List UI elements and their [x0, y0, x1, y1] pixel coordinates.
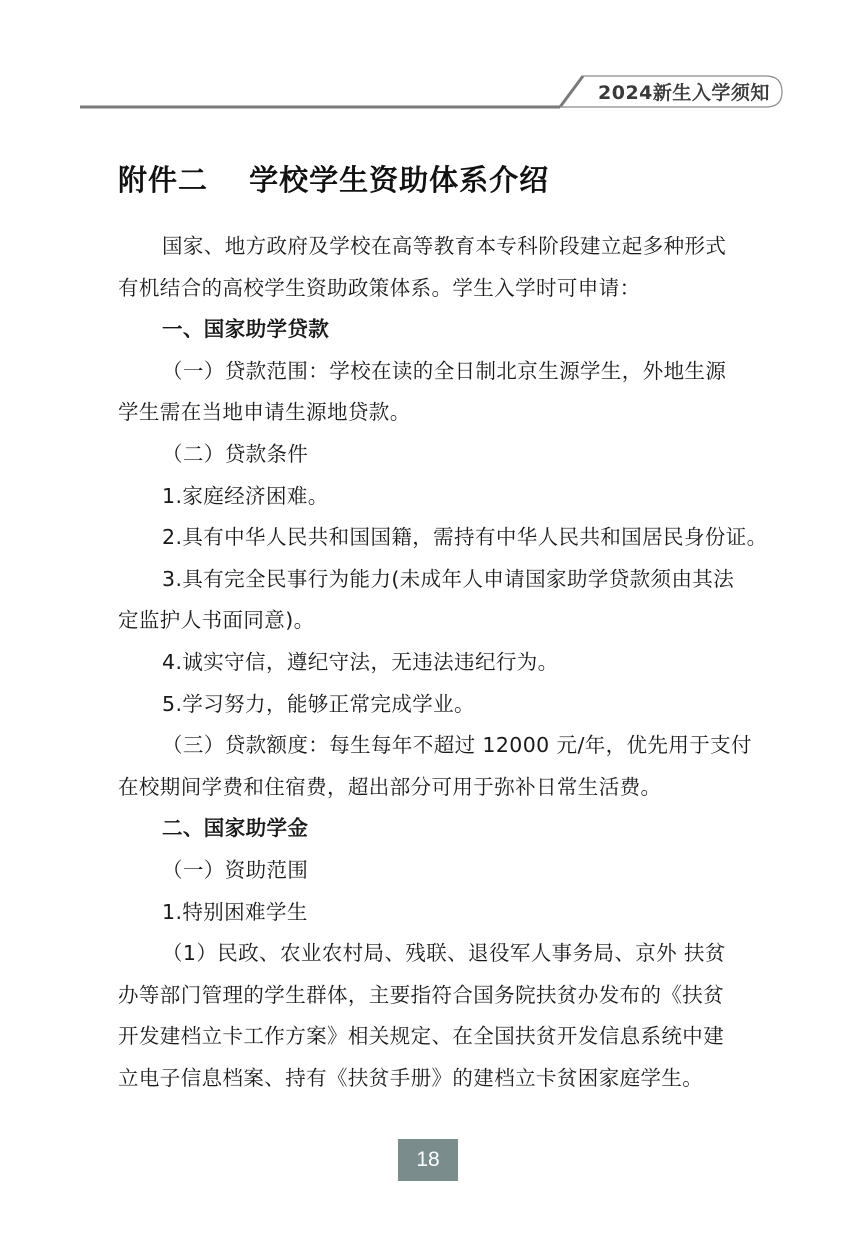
page-number-badge: 18: [398, 1139, 458, 1181]
paragraph-line: 定监护人书面同意)。: [118, 600, 758, 642]
header-title: 2024新生入学须知: [598, 78, 768, 108]
paragraph-line: 办等部门管理的学生群体，主要指符合国务院扶贫办发布的《扶贫: [118, 975, 758, 1017]
paragraph-line: （三）贷款额度：每生每年不超过 12000 元/年，优先用于支付: [118, 725, 758, 767]
paragraph-line: （一）贷款范围：学校在读的全日制北京生源学生，外地生源: [118, 351, 758, 393]
document-body: 国家、地方政府及学校在高等教育本专科阶段建立起多种形式有机结合的高校学生资助政策…: [118, 226, 758, 1099]
paragraph-line: 4.诚实守信，遵纪守法，无违法违纪行为。: [118, 642, 758, 684]
paragraph-line: （一）资助范围: [118, 850, 758, 892]
section-heading: 一、国家助学贷款: [118, 309, 758, 351]
paragraph-line: 2.具有中华人民共和国国籍，需持有中华人民共和国居民身份证。: [118, 517, 758, 559]
paragraph-line: 1.特别困难学生: [118, 892, 758, 934]
document-title: 附件二 学校学生资助体系介绍: [118, 158, 549, 202]
paragraph-line: 有机结合的高校学生资助政策体系。学生入学时可申请：: [118, 268, 758, 310]
paragraph-line: 在校期间学费和住宿费，超出部分可用于弥补日常生活费。: [118, 767, 758, 809]
header-decoration: [0, 0, 856, 130]
paragraph-line: 5.学习努力，能够正常完成学业。: [118, 684, 758, 726]
section-heading: 二、国家助学金: [118, 808, 758, 850]
paragraph-line: 3.具有完全民事行为能力(未成年人申请国家助学贷款须由其法: [118, 559, 758, 601]
paragraph-line: 1.家庭经济困难。: [118, 476, 758, 518]
paragraph-line: 学生需在当地申请生源地贷款。: [118, 392, 758, 434]
paragraph-line: 开发建档立卡工作方案》相关规定、在全国扶贫开发信息系统中建: [118, 1016, 758, 1058]
paragraph-line: 立电子信息档案、持有《扶贫手册》的建档立卡贫困家庭学生。: [118, 1058, 758, 1100]
paragraph-line: （二）贷款条件: [118, 434, 758, 476]
paragraph-line: 国家、地方政府及学校在高等教育本专科阶段建立起多种形式: [118, 226, 758, 268]
paragraph-line: （1）民政、农业农村局、残联、退役军人事务局、京外 扶贫: [118, 933, 758, 975]
